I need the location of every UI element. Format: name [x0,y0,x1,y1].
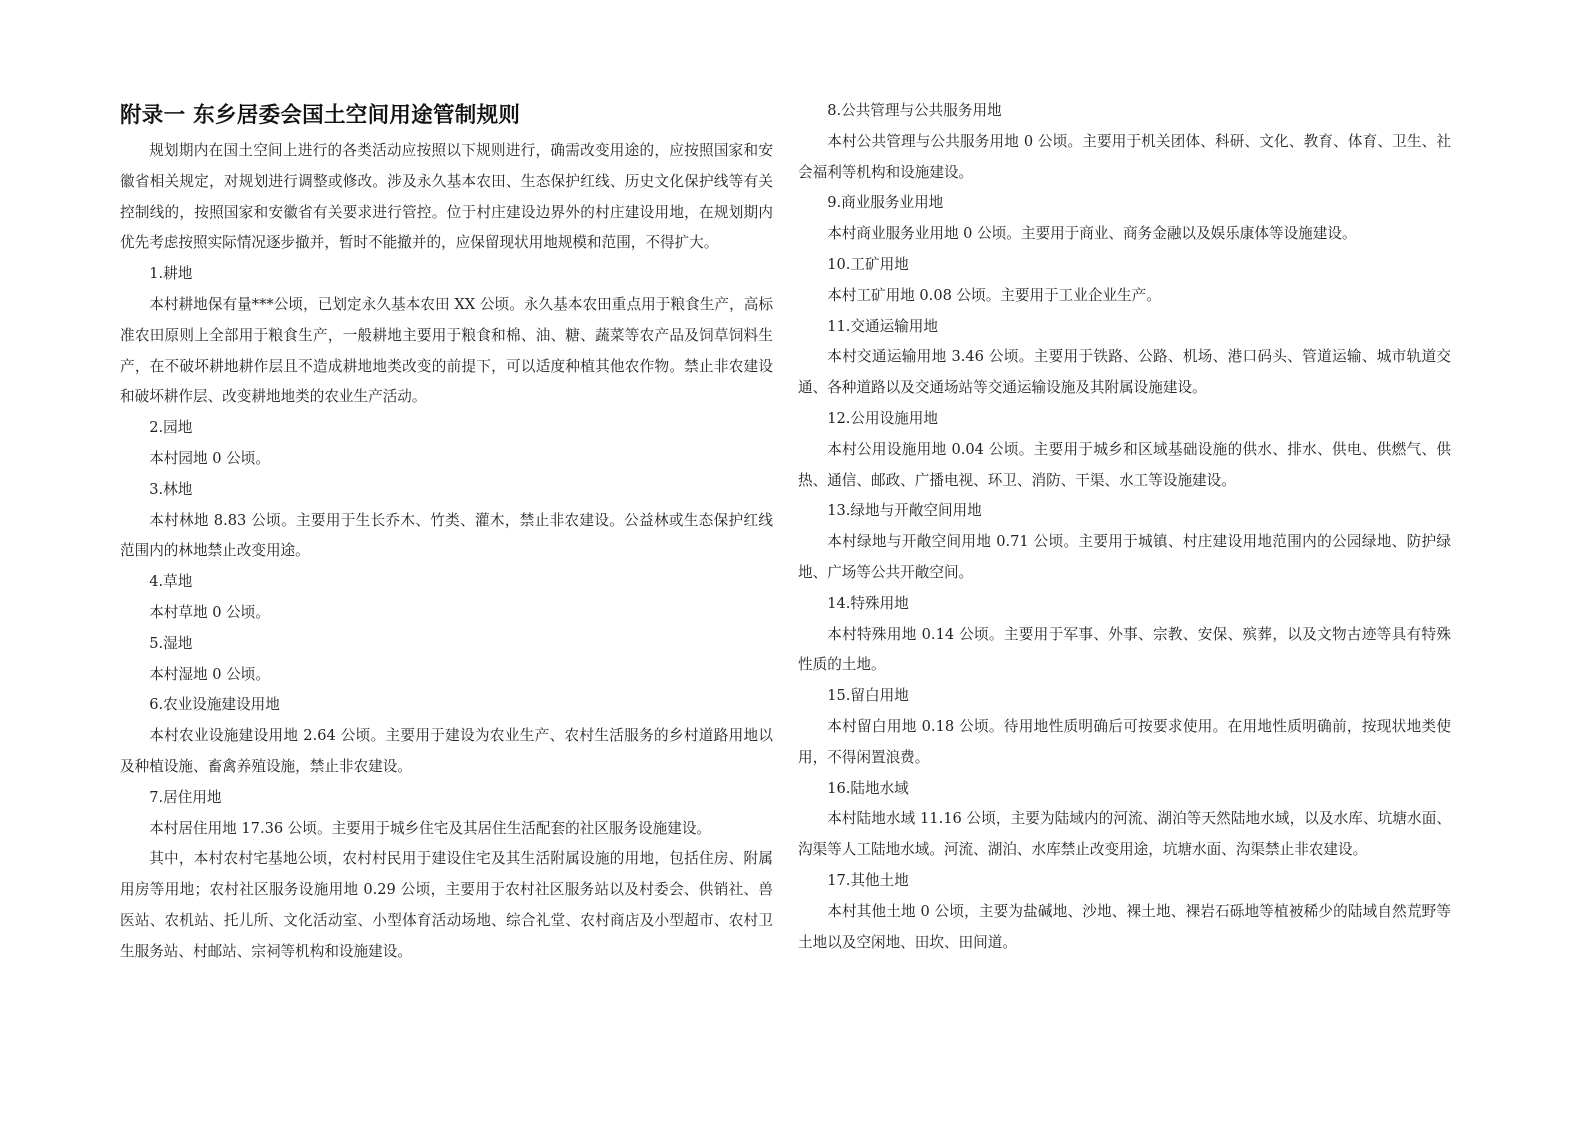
section-body-reserved-land: 本村留白用地 0.18 公顷。待用地性质明确后可按要求使用。在用地性质明确前，按… [798,712,1451,774]
section-heading-public-service-land: 8.公共管理与公共服务用地 [798,96,1451,127]
section-body-transport-land: 本村交通运输用地 3.46 公顷。主要用于铁路、公路、机场、港口码头、管道运输、… [798,342,1451,404]
section-heading-wetland: 5.湿地 [120,629,773,660]
section-body-residential-land-detail: 其中，本村农村宅基地公顷，农村村民用于建设住宅及其生活附属设施的用地，包括住房、… [120,844,773,967]
section-body-commercial-land: 本村商业服务业用地 0 公顷。主要用于商业、商务金融以及娱乐康体等设施建设。 [798,219,1451,250]
section-heading-grassland: 4.草地 [120,567,773,598]
section-heading-residential-land: 7.居住用地 [120,783,773,814]
document-page: 附录一 东乡居委会国土空间用途管制规则 规划期内在国土空间上进行的各类活动应按照… [0,0,1587,1122]
section-heading-agri-facility-land: 6.农业设施建设用地 [120,690,773,721]
right-column: 8.公共管理与公共服务用地 本村公共管理与公共服务用地 0 公顷。主要用于机关团… [798,96,1451,958]
intro-paragraph: 规划期内在国土空间上进行的各类活动应按照以下规则进行，确需改变用途的，应按照国家… [120,136,773,259]
section-heading-industrial-land: 10.工矿用地 [798,250,1451,281]
section-body-special-land: 本村特殊用地 0.14 公顷。主要用于军事、外事、宗教、安保、殡葬，以及文物古迹… [798,620,1451,682]
section-heading-special-land: 14.特殊用地 [798,589,1451,620]
section-body-cultivated-land: 本村耕地保有量***公顷，已划定永久基本农田 XX 公顷。永久基本农田重点用于粮… [120,290,773,413]
section-heading-utility-land: 12.公用设施用地 [798,404,1451,435]
section-body-green-space-land: 本村绿地与开敞空间用地 0.71 公顷。主要用于城镇、村庄建设用地范围内的公园绿… [798,527,1451,589]
section-heading-water-area: 16.陆地水域 [798,774,1451,805]
section-heading-forest-land: 3.林地 [120,475,773,506]
section-body-water-area: 本村陆地水域 11.16 公顷，主要为陆域内的河流、湖泊等天然陆地水域，以及水库… [798,804,1451,866]
section-body-utility-land: 本村公用设施用地 0.04 公顷。主要用于城乡和区域基础设施的供水、排水、供电、… [798,435,1451,497]
section-body-residential-land: 本村居住用地 17.36 公顷。主要用于城乡住宅及其居住生活配套的社区服务设施建… [120,814,773,845]
section-body-grassland: 本村草地 0 公顷。 [120,598,773,629]
section-heading-reserved-land: 15.留白用地 [798,681,1451,712]
page-title: 附录一 东乡居委会国土空间用途管制规则 [120,96,773,136]
section-heading-transport-land: 11.交通运输用地 [798,312,1451,343]
section-heading-other-land: 17.其他土地 [798,866,1451,897]
section-heading-green-space-land: 13.绿地与开敞空间用地 [798,496,1451,527]
section-heading-commercial-land: 9.商业服务业用地 [798,188,1451,219]
left-column: 附录一 东乡居委会国土空间用途管制规则 规划期内在国土空间上进行的各类活动应按照… [120,96,773,968]
section-body-other-land: 本村其他土地 0 公顷，主要为盐碱地、沙地、裸土地、裸岩石砾地等植被稀少的陆域自… [798,897,1451,959]
section-heading-cultivated-land: 1.耕地 [120,259,773,290]
section-body-wetland: 本村湿地 0 公顷。 [120,660,773,691]
section-body-garden-land: 本村园地 0 公顷。 [120,444,773,475]
section-heading-garden-land: 2.园地 [120,413,773,444]
section-body-industrial-land: 本村工矿用地 0.08 公顷。主要用于工业企业生产。 [798,281,1451,312]
section-body-public-service-land: 本村公共管理与公共服务用地 0 公顷。主要用于机关团体、科研、文化、教育、体育、… [798,127,1451,189]
section-body-forest-land: 本村林地 8.83 公顷。主要用于生长乔木、竹类、灌木，禁止非农建设。公益林或生… [120,506,773,568]
section-body-agri-facility-land: 本村农业设施建设用地 2.64 公顷。主要用于建设为农业生产、农村生活服务的乡村… [120,721,773,783]
